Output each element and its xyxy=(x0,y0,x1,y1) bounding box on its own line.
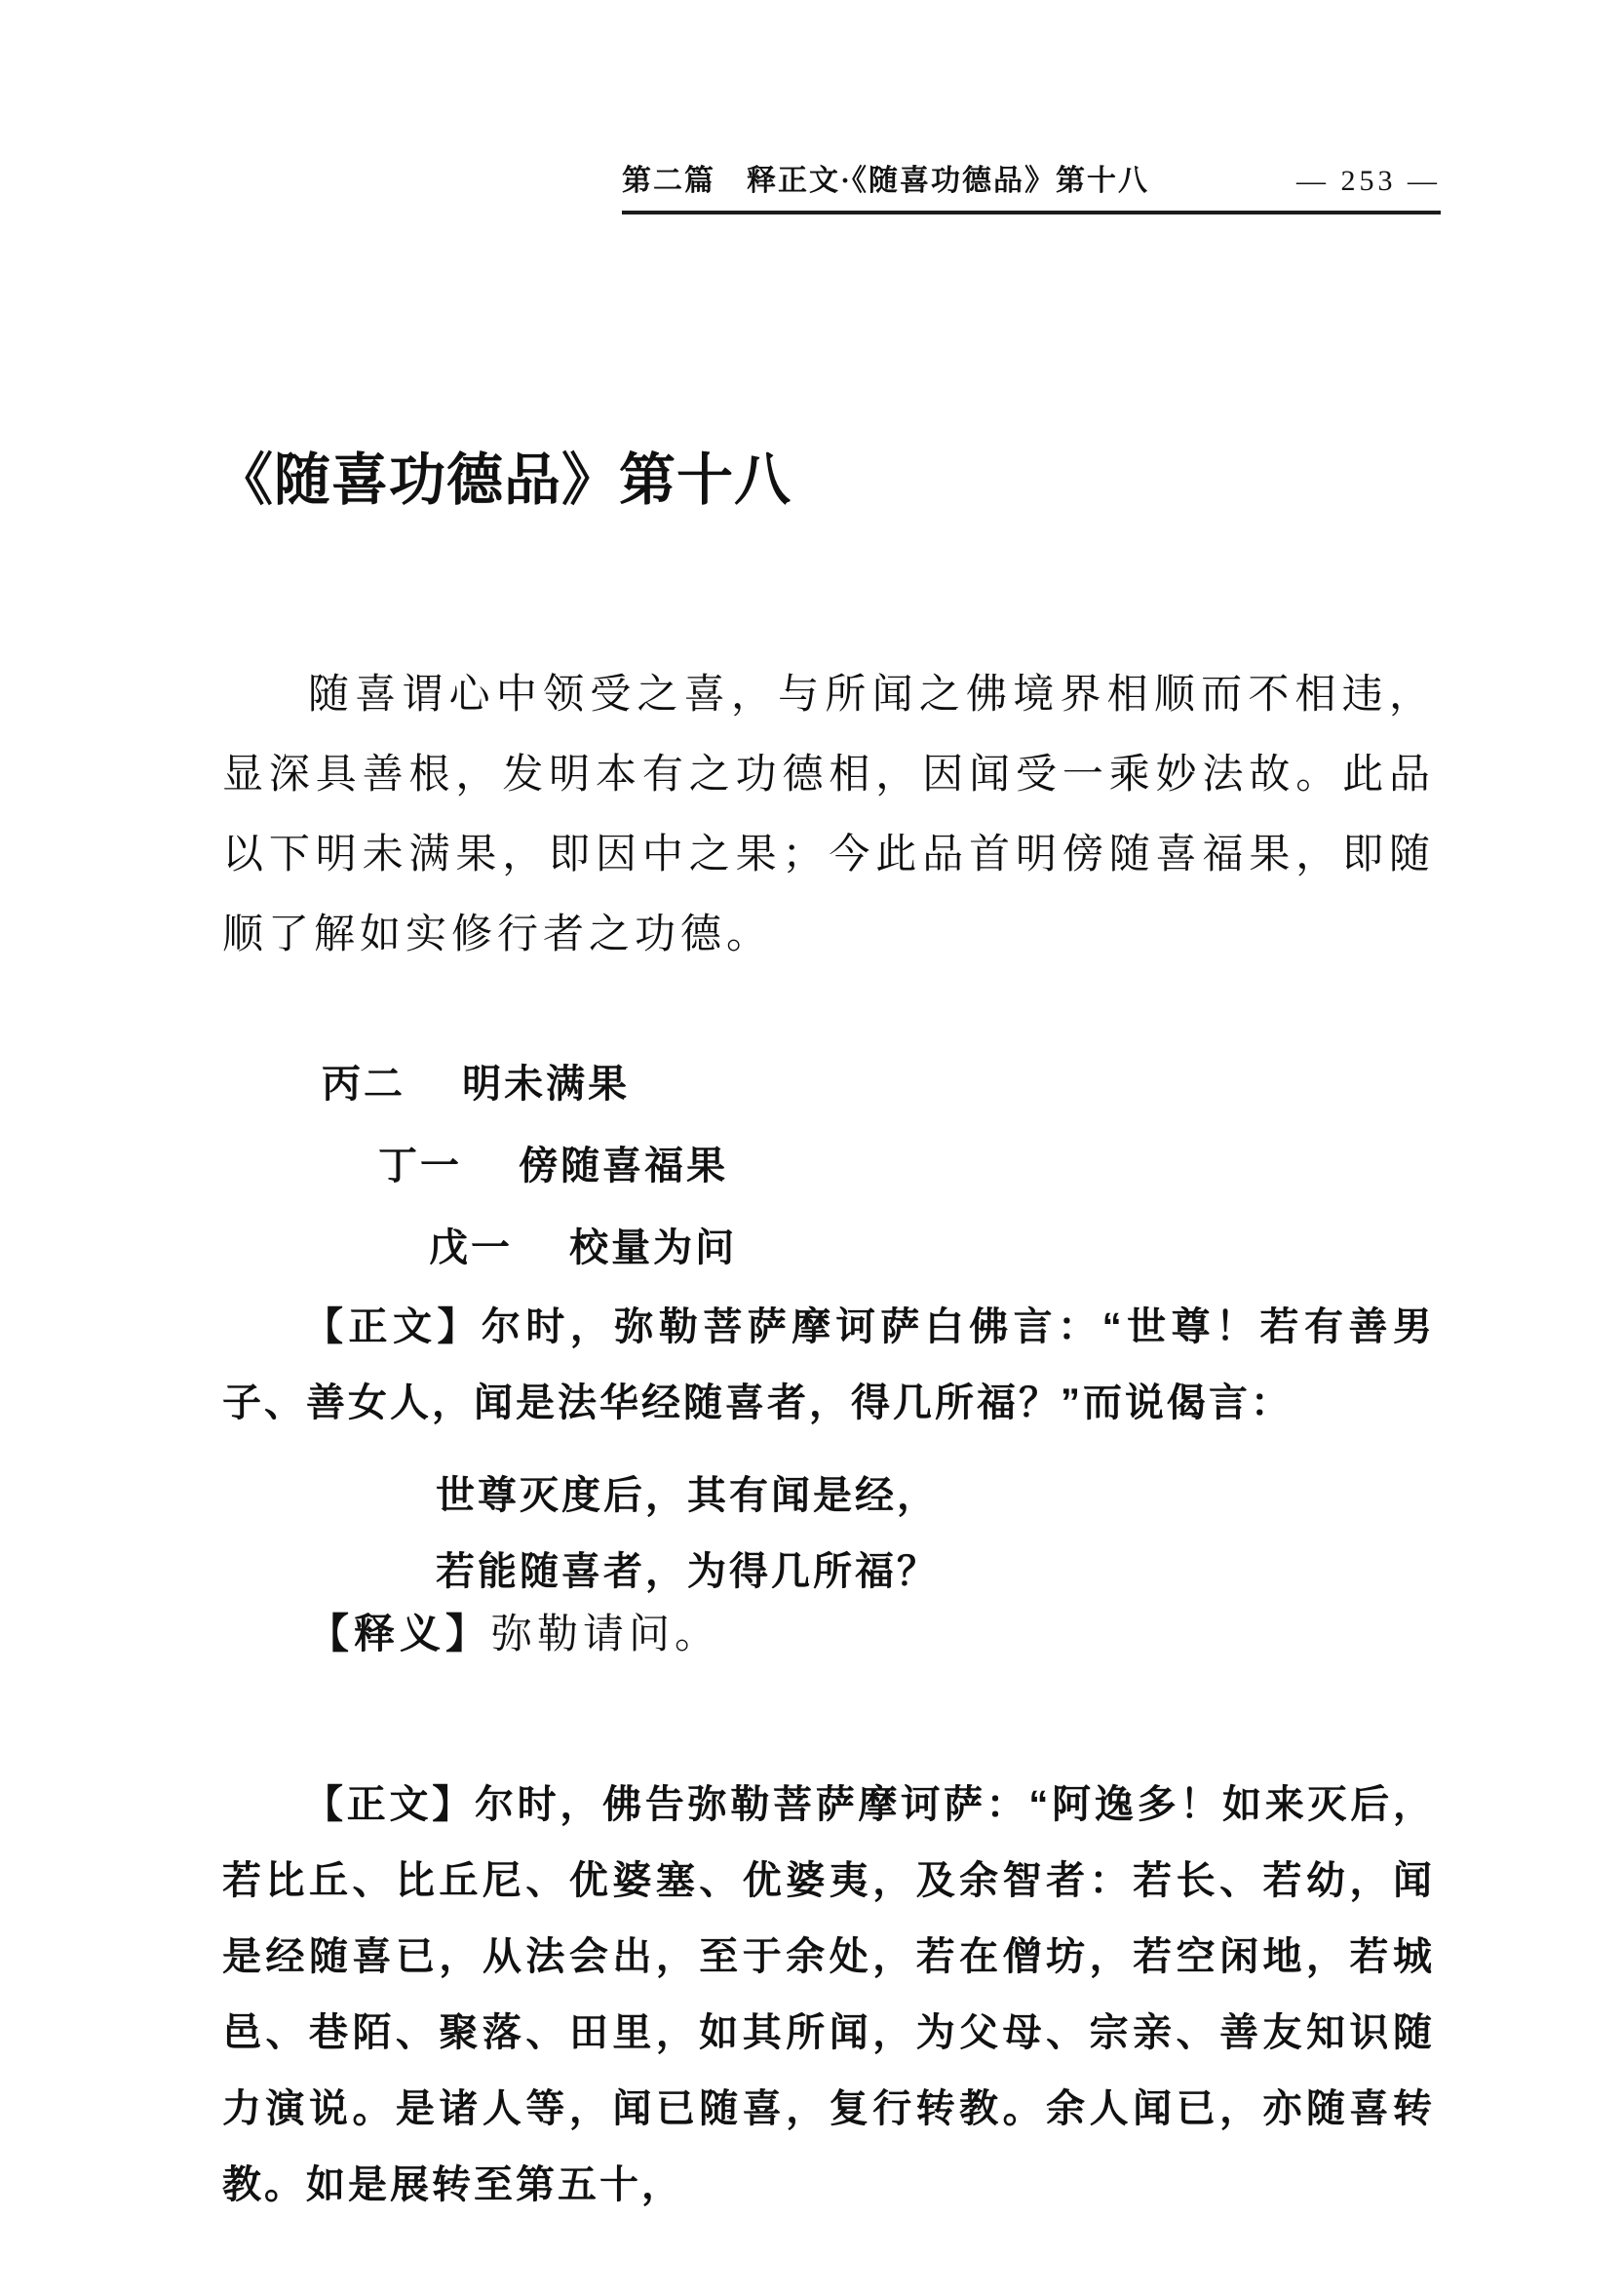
outline-title: 傍随喜福果 xyxy=(519,1145,728,1187)
commentary-text: 弥勒请问。 xyxy=(491,1613,720,1657)
outline-heading-bing2: 丙二 明未满果 xyxy=(322,1053,630,1109)
chapter-title: 《随喜功德品》第十八 xyxy=(216,434,792,516)
running-header-section: 第二篇 释正文·《随喜功德品》第十八 xyxy=(622,156,1149,199)
scripture-tag: 【正文】 xyxy=(304,1783,475,1826)
intro-paragraph: 随喜谓心中领受之喜，与所闻之佛境界相顺而不相违，显深具善根，发明本有之功德相，因… xyxy=(222,655,1435,975)
scripture-text: 尔时，佛告弥勒菩萨摩诃萨：“阿逸多！如来灭后，若比丘、比丘尼、优婆塞、优婆夷，及… xyxy=(222,1783,1435,2206)
scripture-block-1: 【正文】尔时，弥勒菩萨摩诃萨白佛言：“世尊！若有善男子、善女人，闻是法华经随喜者… xyxy=(222,1289,1435,1441)
outline-label: 丙二 xyxy=(322,1063,405,1106)
outline-heading-wu1: 戊一 校量为问 xyxy=(429,1217,737,1272)
page-number: — 253 — xyxy=(1296,165,1441,198)
outline-title: 校量为问 xyxy=(569,1226,737,1269)
outline-title: 明未满果 xyxy=(462,1063,630,1106)
scripture-tag: 【正文】 xyxy=(304,1305,482,1348)
book-page: 第二篇 释正文·《随喜功德品》第十八 — 253 — 《随喜功德品》第十八 随喜… xyxy=(0,0,1622,2296)
outline-label: 戊一 xyxy=(429,1226,513,1269)
commentary-block: 【释义】弥勒请问。 xyxy=(222,1597,1435,1673)
verse-couplet: 世尊灭度后，其有闻是经， 若能随喜者，为得几所福？ xyxy=(436,1458,939,1610)
verse-line-1: 世尊灭度后，其有闻是经， xyxy=(436,1458,939,1534)
outline-heading-ding1: 丁一 傍随喜福果 xyxy=(378,1135,728,1190)
running-header: 第二篇 释正文·《随喜功德品》第十八 — 253 — xyxy=(622,156,1441,214)
outline-label: 丁一 xyxy=(378,1145,462,1187)
scripture-block-2: 【正文】尔时，佛告弥勒菩萨摩诃萨：“阿逸多！如来灭后，若比丘、比丘尼、优婆塞、优… xyxy=(222,1767,1435,2223)
commentary-tag: 【释义】 xyxy=(308,1613,491,1657)
